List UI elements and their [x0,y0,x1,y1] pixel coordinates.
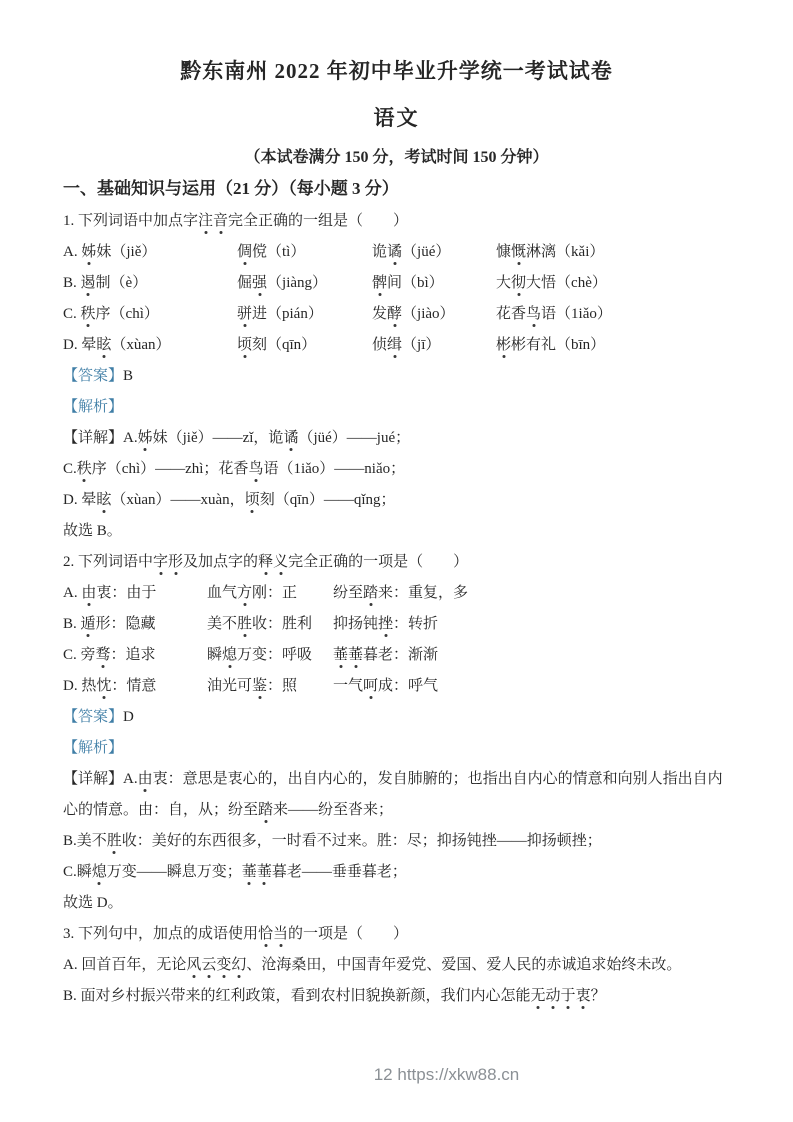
emphasis-dot-char: 熄 [92,865,107,881]
text-line: 【详解】A.由衷：意思是衷心的，出自内心的，发自肺腑的；也指出自内心的情意和向别… [63,764,733,826]
analysis-label-text: 【解析】 [63,740,123,756]
analysis-label: 【解析】 [63,733,733,764]
option-cell: C. 旁骛：追求 [63,640,207,671]
emphasis-dot-char: 方 [237,586,252,602]
emphasis-dot-char: 眩 [96,338,111,354]
emphasis-dot-char: 慨 [511,245,526,261]
answer-line: 【答案】B [63,361,733,392]
text-line: A. 回首百年，无论风云变幻、沧海桑田，中国青年爱党、爱国、爱人民的赤诚追求始终… [63,950,733,981]
emphasis-dot-char: 胜 [107,834,122,850]
emphasis-dot-char: 遁 [81,617,96,633]
option-row: A. 姊妹（jiě）倜傥（tì）诡谲（jüé）慷慨淋漓（kǎi） [63,237,733,268]
option-cell: A. 姊妹（jiě） [63,237,237,268]
question-stem: 1. 下列词语中加点字注音完全正确的一组是（ ） [63,206,733,237]
option-cell: D. 晕眩（xùan） [63,330,237,361]
analysis-label: 【解析】 [63,392,733,423]
text-line: C.瞬熄万变——瞬息万变；菙菙暮老——垂垂暮老； [63,857,733,888]
emphasis-dot-char: 顷 [245,493,260,509]
emphasis-dot-char: 忱 [96,679,111,695]
emphasis-dot-char: 谲 [283,431,298,447]
emphasis-dot-char: 字 [153,555,168,571]
emphasis-dot-char: 秩 [77,462,92,478]
page-footer: 12 https://xkw88.cn [50,1063,793,1087]
emphasis-dot-char: 鉴 [252,679,267,695]
emphasis-dot-char: 倜 [237,245,252,261]
option-cell: 侦缉（jī） [372,330,496,361]
option-cell: 瞬熄万变：呼吸 [207,640,333,671]
emphasis-dot-char: 秩 [81,307,96,323]
emphasis-dot-char: 当 [273,927,288,943]
option-row: D. 热忱：情意油光可鉴：照一气呵成：呼气 [63,671,733,702]
emphasis-dot-char: 音 [213,214,228,230]
text-line: B.美不胜收：美好的东西很多，一时看不过来。胜：尽；抑扬钝挫——抑扬顿挫； [63,826,733,857]
text-line: C.秩序（chì）——zhì；花香鸟语（1iǎo）——niǎo； [63,454,733,485]
option-cell: 花香鸟语（1iǎo） [496,299,612,330]
option-cell: 一气呵成：呼气 [333,671,438,702]
text-line: 故选 D。 [63,888,733,919]
emphasis-dot-char: 菙 [242,865,257,881]
option-cell: 大彻大悟（chè） [496,268,607,299]
emphasis-dot-char: 无 [531,989,546,1005]
section-heading: 一、基础知识与运用（21 分）（每小题 3 分） [63,176,730,202]
option-row: B. 遏制（è）倔强（jiàng）髀间（bì）大彻大悟（chè） [63,268,733,299]
option-cell: B. 遁形：隐藏 [63,609,207,640]
option-cell: B. 遏制（è） [63,268,237,299]
emphasis-dot-char: 姊 [138,431,153,447]
option-cell: 发酵（jiào） [372,299,496,330]
exam-info: （本试卷满分 150 分，考试时间 150 分钟） [0,147,793,169]
emphasis-dot-char: 眩 [96,493,111,509]
option-cell: 髀间（bì） [372,268,496,299]
answer-label: 【答案】 [63,709,123,725]
option-cell: 菙菙暮老：渐渐 [333,640,438,671]
emphasis-dot-char: 骈 [237,307,252,323]
option-cell: 纷至踏来：重复，多 [333,578,468,609]
emphasis-dot-char: 由 [81,586,96,602]
emphasis-dot-char: 动 [546,989,561,1005]
emphasis-dot-char: 释 [258,555,273,571]
option-row: D. 晕眩（xùan）顷刻（qīn）侦缉（jī）彬彬有礼（bīn） [63,330,733,361]
emphasis-dot-char: 菙 [257,865,272,881]
option-cell: 诡谲（jüé） [372,237,496,268]
option-cell: A. 由衷：由于 [63,578,207,609]
option-cell: 倔强（jiàng） [237,268,372,299]
option-cell: 骈进（pián） [237,299,372,330]
option-cell: 血气方刚：正 [207,578,333,609]
answer-line: 【答案】D [63,702,733,733]
emphasis-dot-char: 菙 [333,648,348,664]
emphasis-dot-char: 遏 [81,276,96,292]
answer-value: D [123,709,134,725]
emphasis-dot-char: 由 [138,772,153,788]
option-row: A. 由衷：由于血气方刚：正纷至踏来：重复，多 [63,578,733,609]
text-line: 【详解】A.姊妹（jiě）——zǐ，诡谲（jüé）——jué； [63,423,733,454]
answer-value: B [123,368,133,384]
option-row: C. 秩序（chì）骈进（pián）发酵（jiào）花香鸟语（1iǎo） [63,299,733,330]
subject-title: 语文 [0,103,793,133]
emphasis-dot-char: 谲 [387,245,402,261]
emphasis-dot-char: 踏 [363,586,378,602]
emphasis-dot-char: 挫 [378,617,393,633]
question-lines: 1. 下列词语中加点字注音完全正确的一组是（ ）A. 姊妹（jiě）倜傥（tì）… [0,206,793,1012]
question-stem: 2. 下列词语中字形及加点字的释义完全正确的一项是（ ） [63,547,733,578]
emphasis-dot-char: 酵 [387,307,402,323]
option-row: C. 旁骛：追求瞬熄万变：呼吸菙菙暮老：渐渐 [63,640,733,671]
emphasis-dot-char: 形 [168,555,183,571]
emphasis-dot-char: 呵 [363,679,378,695]
exam-document-page: 黔东南州 2022 年初中毕业升学统一考试试卷 语文 （本试卷满分 150 分，… [0,0,793,1122]
footer-page-number: 12 [374,1065,393,1084]
emphasis-dot-char: 恰 [258,927,273,943]
emphasis-dot-char: 姊 [81,245,96,261]
question-stem: 3. 下列句中，加点的成语使用恰当的一项是（ ） [63,919,733,950]
emphasis-dot-char: 彬 [496,338,511,354]
text-line: B. 面对乡村振兴带来的红利政策，看到农村旧貌换新颜，我们内心怎能无动于衷？ [63,981,733,1012]
emphasis-dot-char: 胜 [237,617,252,633]
emphasis-dot-char: 变 [216,958,231,974]
emphasis-dot-char: 幻 [231,958,246,974]
emphasis-dot-char: 踏 [258,803,273,819]
emphasis-dot-char: 义 [273,555,288,571]
option-cell: 彬彬有礼（bīn） [496,330,605,361]
answer-label: 【答案】 [63,368,123,384]
analysis-label-text: 【解析】 [63,399,123,415]
emphasis-dot-char: 骛 [96,648,111,664]
page-title: 黔东南州 2022 年初中毕业升学统一考试试卷 [0,56,793,86]
emphasis-dot-char: 强 [252,276,267,292]
emphasis-dot-char: 注 [198,214,213,230]
text-line: 故选 B。 [63,516,733,547]
footer-url: https://xkw88.cn [397,1065,519,1084]
emphasis-dot-char: 菙 [348,648,363,664]
option-cell: 抑扬钝挫：转折 [333,609,438,640]
emphasis-dot-char: 彻 [511,276,526,292]
option-cell: 顷刻（qīn） [237,330,372,361]
emphasis-dot-char: 于 [561,989,576,1005]
option-cell: 慷慨淋漓（kǎi） [496,237,604,268]
option-cell: 美不胜收：胜利 [207,609,333,640]
emphasis-dot-char: 衷 [576,989,591,1005]
emphasis-dot-char: 风 [186,958,201,974]
emphasis-dot-char: 鸟 [526,307,541,323]
text-line: D. 晕眩（xùan）——xuàn，顷刻（qīn）——qǐng； [63,485,733,516]
option-row: B. 遁形：隐藏美不胜收：胜利抑扬钝挫：转折 [63,609,733,640]
emphasis-dot-char: 鸟 [248,462,263,478]
option-cell: C. 秩序（chì） [63,299,237,330]
option-cell: D. 热忱：情意 [63,671,207,702]
option-cell: 油光可鉴：照 [207,671,333,702]
emphasis-dot-char: 髀 [372,276,387,292]
emphasis-dot-char: 顷 [237,338,252,354]
emphasis-dot-char: 缉 [387,338,402,354]
emphasis-dot-char: 云 [201,958,216,974]
option-cell: 倜傥（tì） [237,237,372,268]
emphasis-dot-char: 熄 [222,648,237,664]
